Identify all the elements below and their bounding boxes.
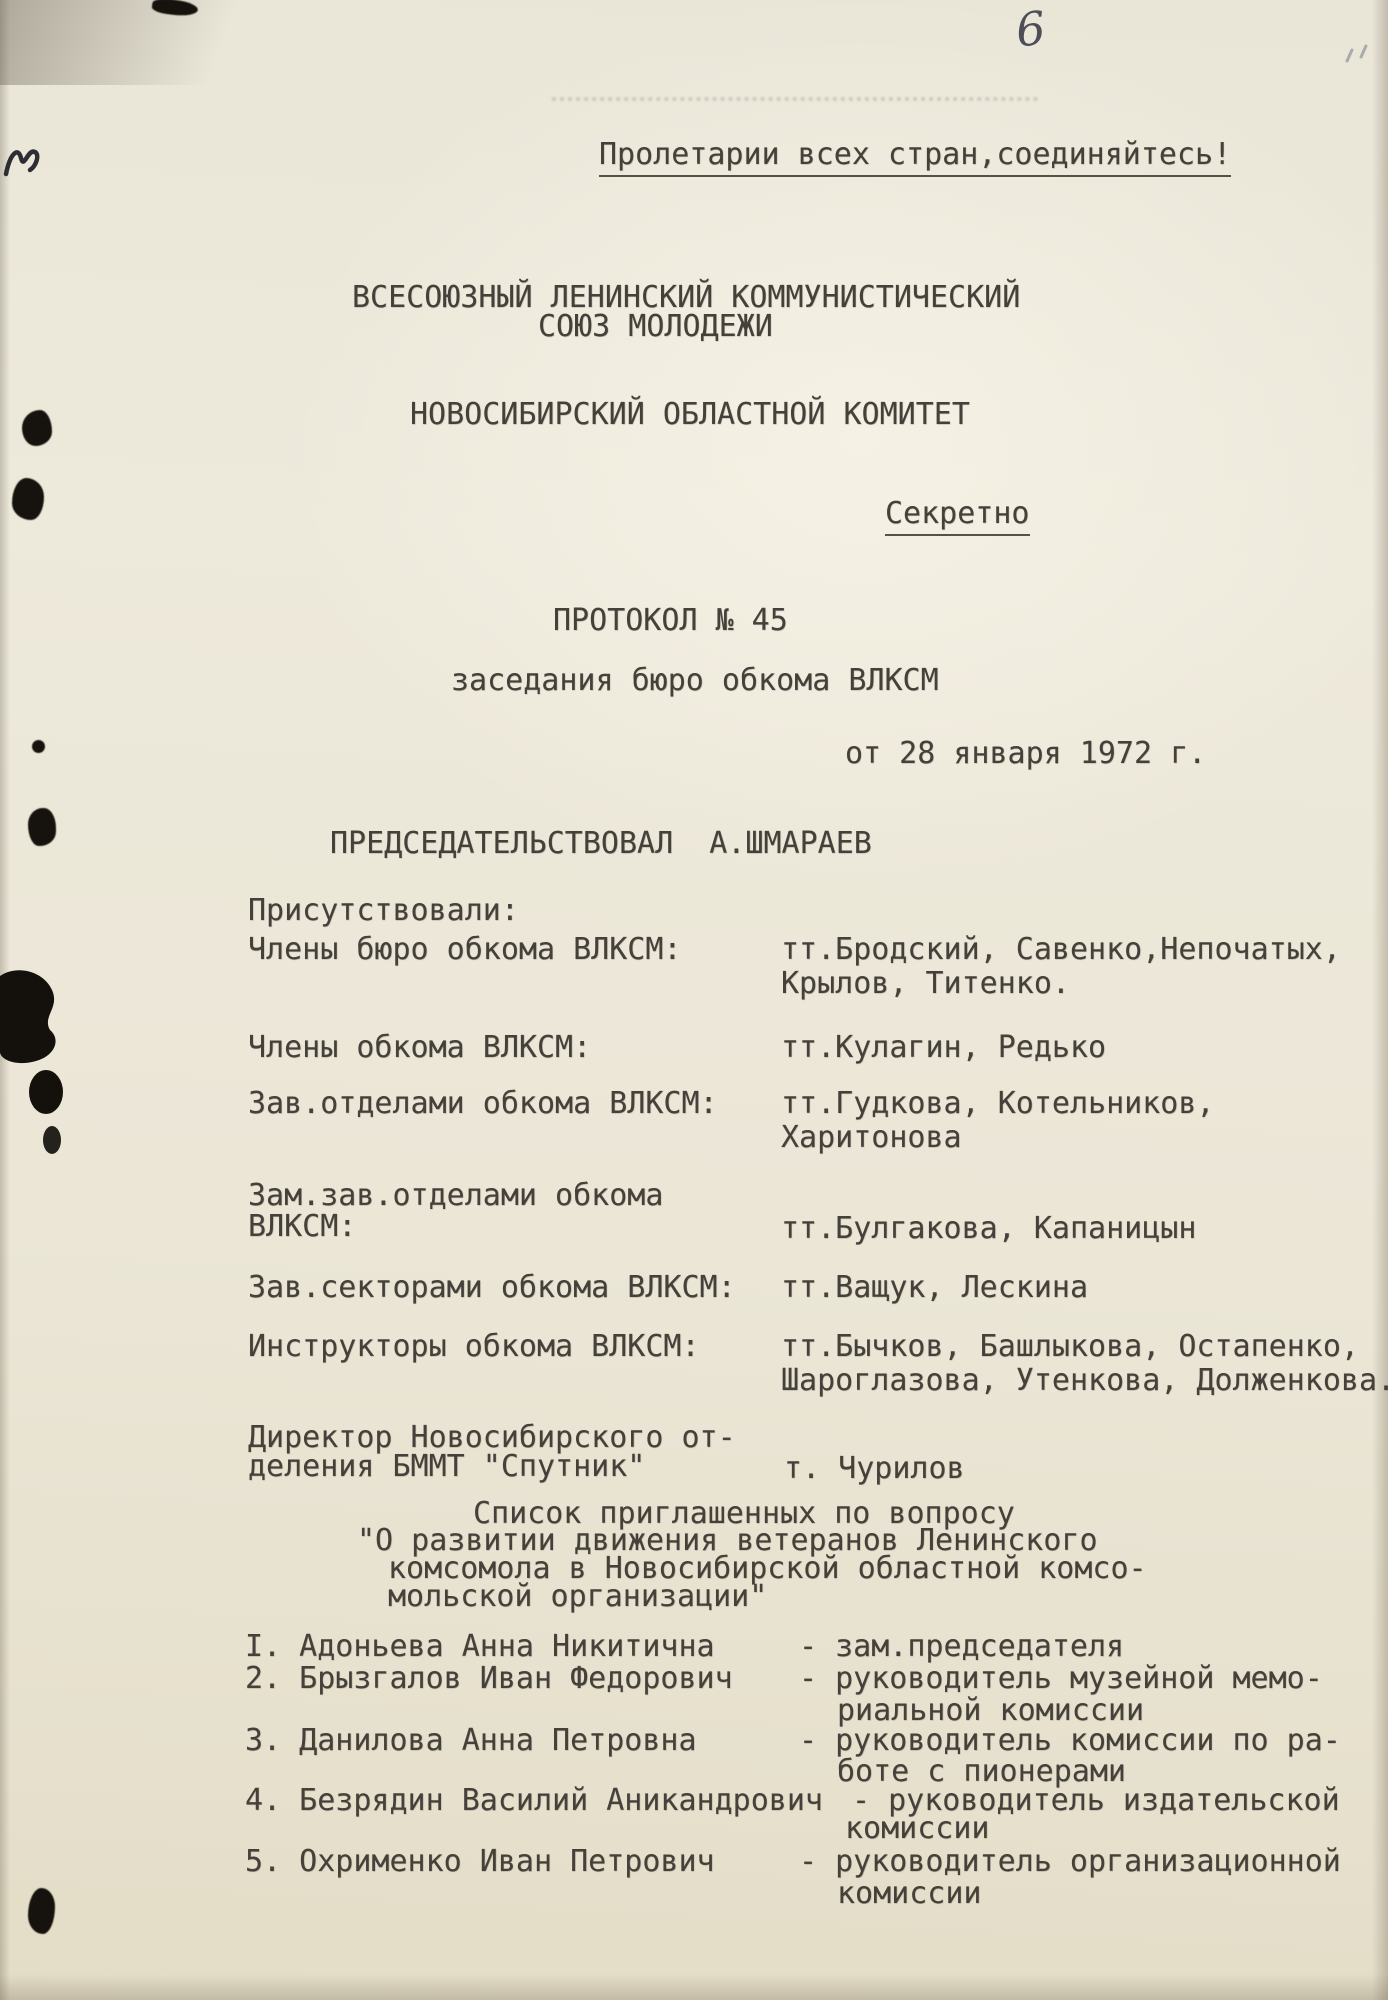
ink-blot — [22, 410, 52, 446]
attendee-row-label: Зав.секторами обкома ВЛКСМ: — [248, 1271, 736, 1304]
attendee-row-value: тт.Булгакова, Капаницын — [781, 1212, 1196, 1245]
attendee-row-value: тт.Бычков, Башлыкова, Остапенко, — [781, 1330, 1359, 1363]
ghost-impression — [552, 97, 1038, 101]
protocol-date: от 28 января 1972 г. — [845, 737, 1206, 770]
org-name-line2: СОЮЗ МОЛОДЕЖИ — [538, 310, 773, 343]
ink-blot — [12, 478, 44, 520]
ink-blot — [28, 1888, 55, 1934]
attendee-row-label: ВЛКСМ: — [248, 1210, 356, 1243]
protocol-title: ПРОТОКОЛ № 45 — [553, 604, 788, 637]
attendee-row-label: Инструкторы обкома ВЛКСМ: — [248, 1330, 700, 1363]
invited-item-name: 3. Данилова Анна Петровна — [245, 1724, 697, 1757]
protocol-subtitle: заседания бюро обкома ВЛКСМ — [451, 664, 939, 697]
attendee-row-value: Харитонова — [781, 1121, 962, 1154]
chairman-line: ПРЕДСЕДАТЕЛЬСТВОВАЛ А.ШМАРАЕВ — [330, 827, 872, 860]
attendee-row-value: тт.Кулагин, Редько — [781, 1031, 1106, 1064]
invited-item-role: - руководитель комиссии по ра- — [799, 1724, 1341, 1757]
slogan: Пролетарии всех стран,соединяйтесь! — [599, 138, 1231, 177]
attendee-row-value: Крылов, Титенко. — [781, 967, 1070, 1000]
paper-shading-top-left — [0, 0, 300, 85]
org-committee: НОВОСИБИРСКИЙ ОБЛАСТНОЙ КОМИТЕТ — [410, 398, 970, 431]
attendee-row-label: Члены обкома ВЛКСМ: — [248, 1031, 591, 1064]
invited-item-role: - зам.председателя — [799, 1630, 1124, 1663]
handwritten-page-number: 6 — [1013, 3, 1047, 56]
attendees-heading: Присутствовали: — [248, 894, 519, 927]
classification-label: Секретно — [885, 497, 1030, 536]
paper-shading-bottom-edge — [0, 1974, 1388, 2000]
pen-mark — [1345, 48, 1354, 63]
invited-item-role: - руководитель организационной — [799, 1845, 1341, 1878]
attendee-row-value: Шароглазова, Утенкова, Долженкова. — [781, 1364, 1388, 1397]
invited-item-name: 4. Безрядин Василий Аникандрович — [245, 1784, 823, 1817]
invited-item-name: 2. Брызгалов Иван Федорович — [245, 1662, 733, 1695]
invited-heading-line: мольской организации" — [388, 1580, 767, 1613]
invited-item-role: комиссии — [837, 1877, 982, 1910]
attendee-row-label: Члены бюро обкома ВЛКСМ: — [248, 933, 681, 966]
invited-item-role: комиссии — [845, 1812, 990, 1845]
ink-blot — [32, 740, 45, 753]
ink-blot-cluster — [0, 962, 84, 1174]
document-page: 6 Пролетарии всех стран,соединяйтесь! ВС… — [0, 0, 1388, 2000]
invited-item-role: - руководитель музейной мемо- — [799, 1662, 1323, 1695]
ink-blot — [28, 808, 56, 846]
attendee-row-value: тт.Ващук, Лескина — [781, 1271, 1088, 1304]
attendee-row-value: тт.Бродский, Савенко,Непочатых, — [781, 933, 1341, 966]
attendee-row-value: т. Чурилов — [784, 1452, 965, 1485]
invited-item-name: I. Адоньева Анна Никитична — [245, 1630, 715, 1663]
attendee-row-label: Зам.зав.отделами обкома — [248, 1179, 663, 1212]
attendee-row-label: Зав.отделами обкома ВЛКСМ: — [248, 1087, 718, 1120]
invited-item-name: 5. Охрименко Иван Петрович — [245, 1845, 715, 1878]
ink-blot — [151, 0, 198, 18]
pen-mark — [1359, 44, 1368, 59]
pen-squiggle — [2, 132, 54, 188]
attendee-row-label: деления БММТ "Спутник" — [248, 1450, 645, 1483]
attendee-row-value: тт.Гудкова, Котельников, — [781, 1087, 1214, 1120]
paper-shading-right-edge — [1372, 0, 1388, 2000]
